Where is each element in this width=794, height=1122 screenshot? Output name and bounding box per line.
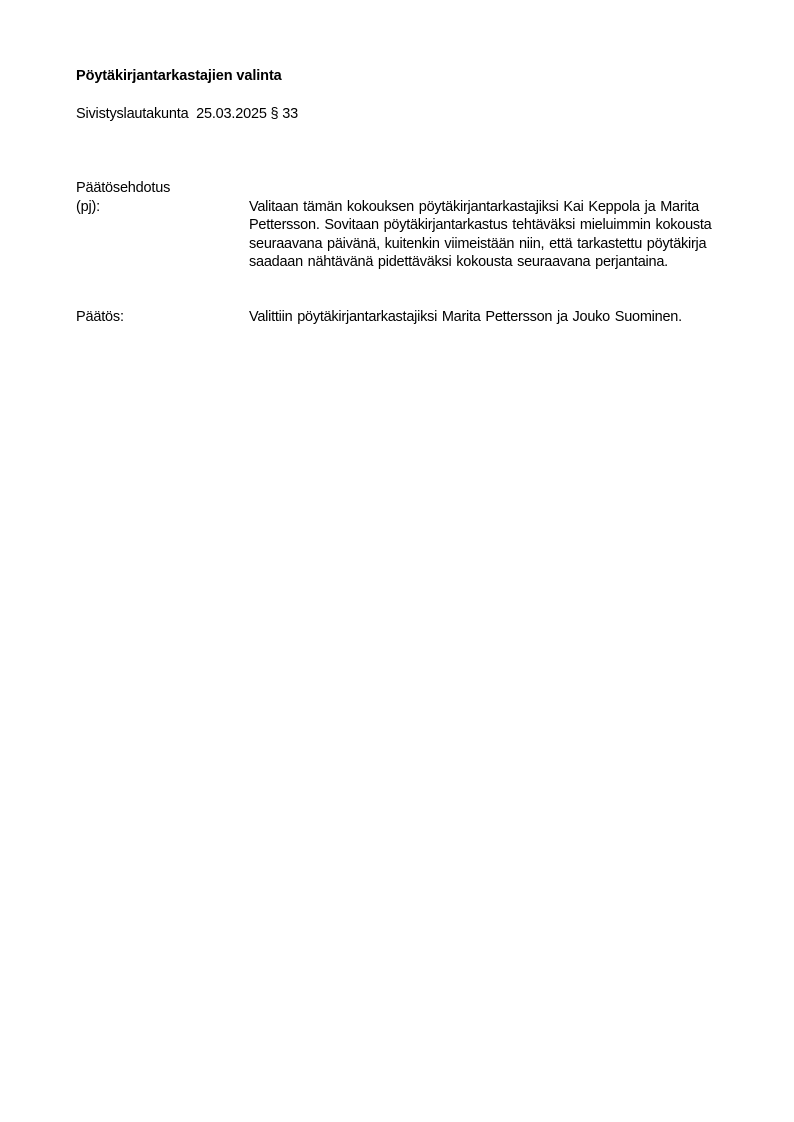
decision-label: Päätös:	[76, 308, 246, 327]
meeting-reference: Sivistyslautakunta 25.03.2025 § 33	[76, 106, 298, 122]
proposal-label-line1: Päätösehdotus	[76, 179, 246, 198]
proposal-text: Valitaan tämän kokouksen pöytäkirjantark…	[249, 198, 719, 272]
proposal-label-line2: (pj):	[76, 198, 246, 217]
decision-text: Valittiin pöytäkirjantarkastajiksi Marit…	[249, 308, 719, 327]
proposal-label: Päätösehdotus (pj):	[76, 179, 246, 216]
document-title: Pöytäkirjantarkastajien valinta	[76, 68, 282, 84]
